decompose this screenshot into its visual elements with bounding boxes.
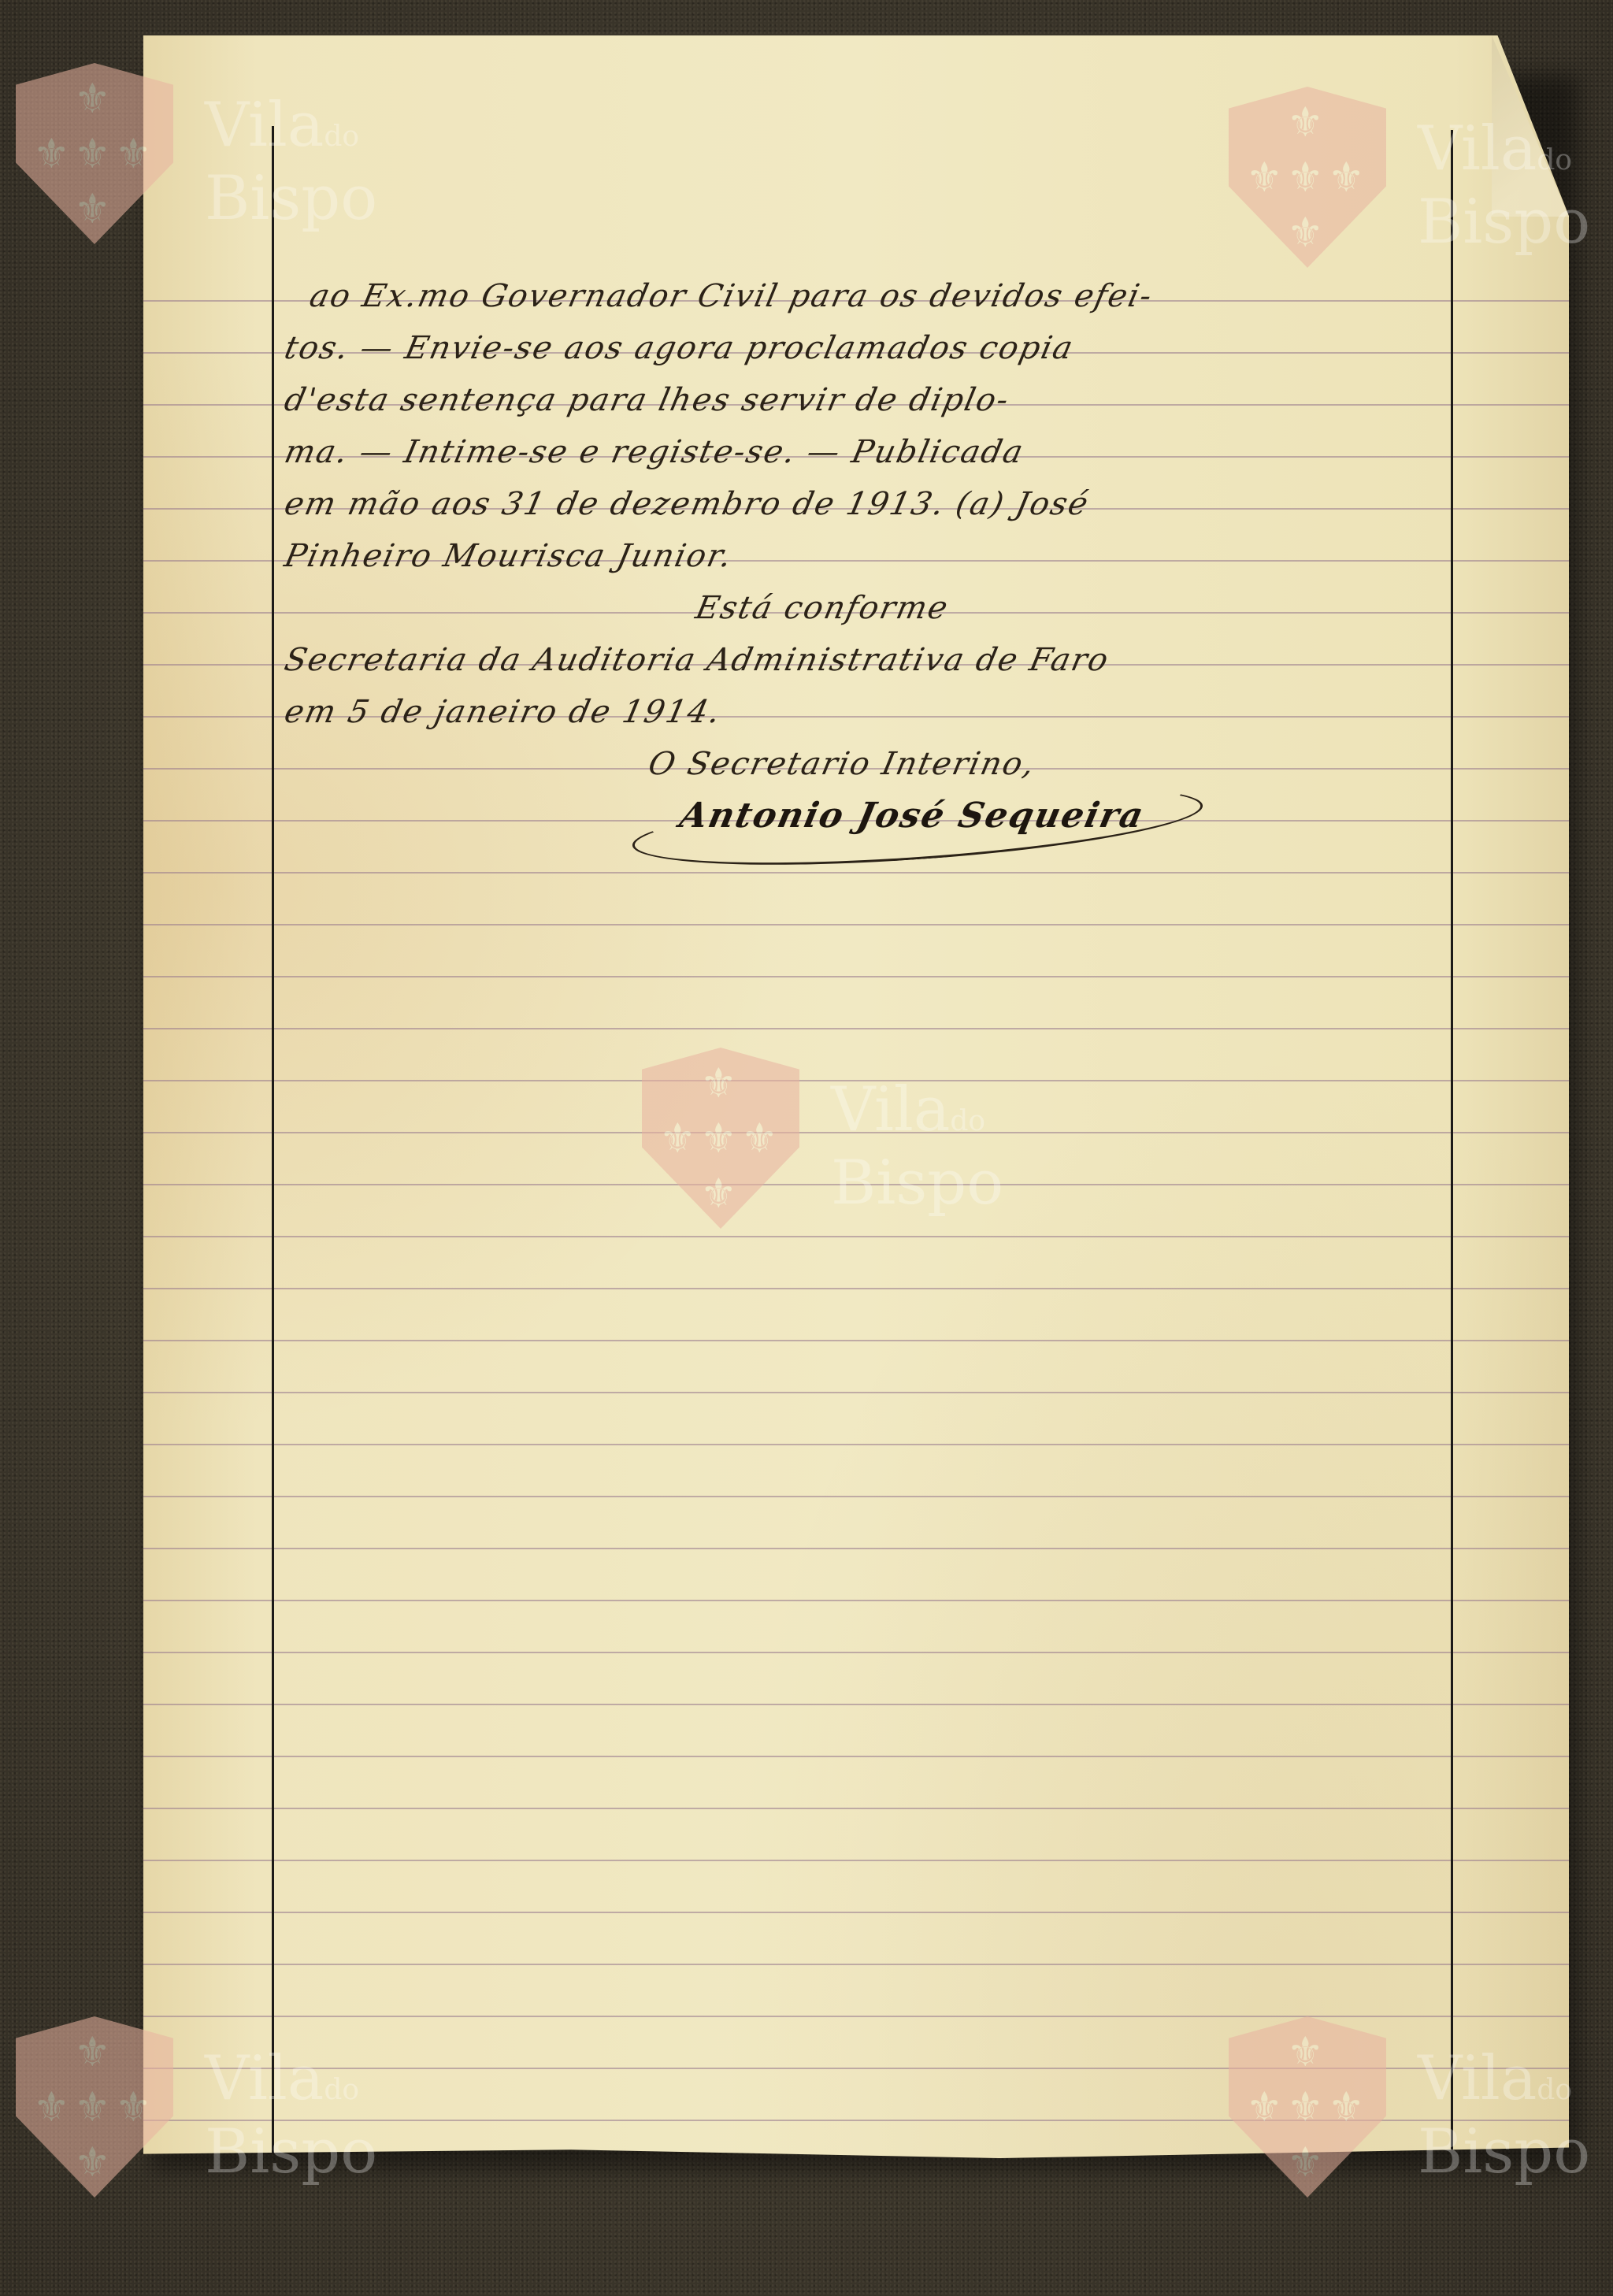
text-line: Pinheiro Mourisca Junior. [273,530,1481,582]
text-line: em mão aos 31 de dezembro de 1913. (a) J… [273,478,1481,530]
text-line: Secretaria da Auditoria Administrativa d… [273,634,1481,686]
text-line: tos. — Envie-se aos agora proclamados co… [273,322,1481,374]
text-line: ma. — Intime-se e registe-se. — Publicad… [273,426,1481,478]
text-line: d'esta sentença para lhes servir de dipl… [273,374,1481,426]
document-page: ao Ex.mo Governador Civil para os devido… [143,35,1569,2158]
date-line: em 5 de janeiro de 1914. [273,686,1481,738]
handwritten-text: ao Ex.mo Governador Civil para os devido… [273,270,1470,842]
text-line: ao Ex.mo Governador Civil para os devido… [273,270,1481,322]
signer-title: O Secretario Interino, [273,738,1481,790]
certification-line: Está conforme [273,582,1481,634]
